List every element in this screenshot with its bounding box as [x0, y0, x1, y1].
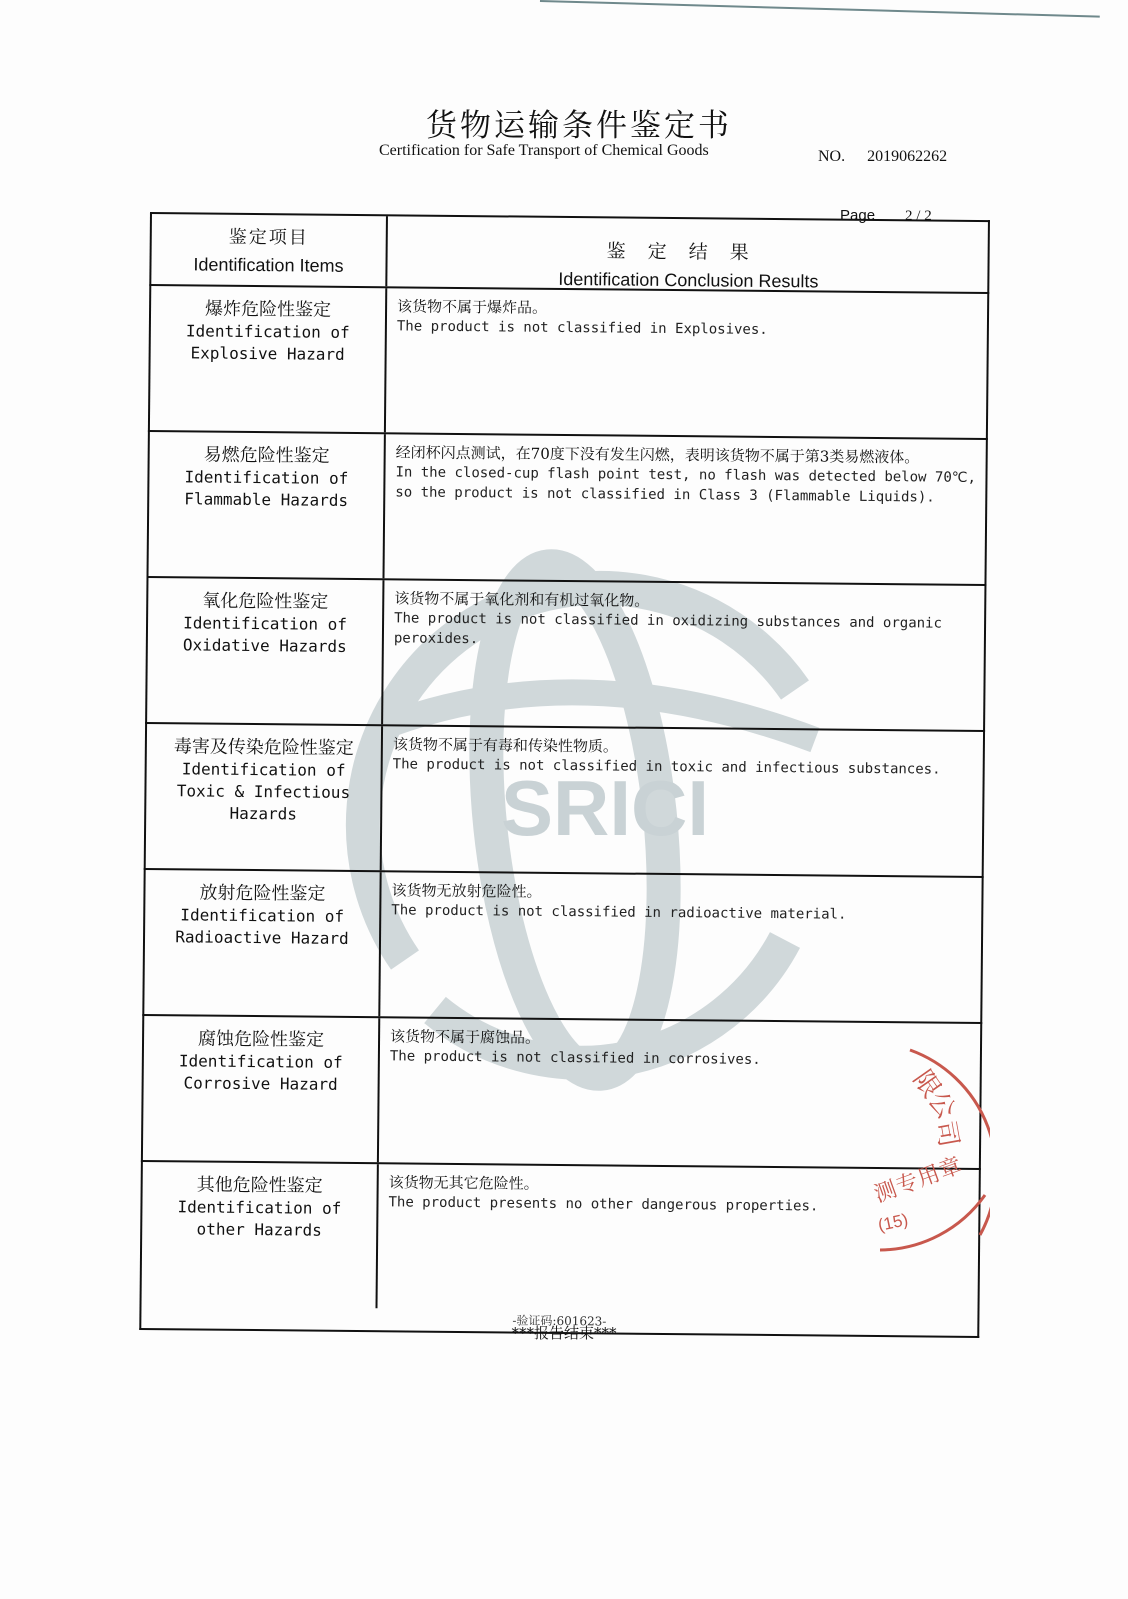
document-title-en: Certification for Safe Transport of Chem… — [379, 142, 709, 160]
item-name-en: Identification of Corrosive Hazard — [144, 1050, 378, 1096]
table-row: 爆炸危险性鉴定Identification of Explosive Hazar… — [148, 284, 989, 438]
result-en: The product is not classified in corrosi… — [390, 1046, 972, 1072]
certificate-number: NO.2019062262 — [818, 148, 947, 166]
header-results-cell: 鉴定结果 Identification Conclusion Results — [387, 216, 988, 292]
certificate-number-label: NO. — [818, 148, 845, 165]
result-en: The product presents no other dangerous … — [388, 1192, 970, 1218]
item-name-cn: 氧化危险性鉴定 — [148, 586, 382, 614]
result-en: The product is not classified in Explosi… — [397, 316, 979, 342]
header-items-en: Identification Items — [151, 254, 385, 277]
identification-table: 鉴定项目 Identification Items 鉴定结果 Identific… — [139, 212, 990, 1338]
item-name-cn: 毒害及传染危险性鉴定 — [147, 732, 381, 760]
table-row: 易燃危险性鉴定Identification of Flammable Hazar… — [147, 430, 988, 584]
result-en: In the closed-cup flash point test, no f… — [395, 462, 977, 508]
item-name-en: Identification of Explosive Hazard — [151, 320, 385, 366]
item-name-en: Identification of Oxidative Hazards — [148, 612, 382, 658]
table-row: 氧化危险性鉴定Identification of Oxidative Hazar… — [145, 576, 986, 730]
table-header-row: 鉴定项目 Identification Items 鉴定结果 Identific… — [149, 212, 990, 292]
table-row: 腐蚀危险性鉴定Identification of Corrosive Hazar… — [141, 1014, 982, 1168]
item-name-en: Identification of Toxic & Infectious Haz… — [146, 758, 381, 826]
scan-edge-line — [540, 0, 1100, 18]
table-row: 毒害及传染危险性鉴定Identification of Toxic & Infe… — [144, 722, 985, 876]
item-name-cn: 易燃危险性鉴定 — [150, 440, 384, 468]
item-name-en: Identification of Radioactive Hazard — [145, 904, 379, 950]
item-name-en: Identification of Flammable Hazards — [149, 466, 383, 512]
document-title-cn: 货物运输条件鉴定书 — [0, 100, 1128, 145]
table-row: 其他危险性鉴定Identification of other Hazards 该… — [139, 1160, 980, 1314]
item-name-cn: 爆炸危险性鉴定 — [151, 294, 385, 322]
header-results-cn: 鉴定结果 — [398, 234, 980, 267]
result-en: The product is not classified in radioac… — [391, 900, 973, 926]
report-end-mark: ***报告结束*** — [0, 1322, 1128, 1343]
header-items-cn: 鉴定项目 — [152, 222, 386, 250]
item-name-cn: 放射危险性鉴定 — [145, 878, 379, 906]
item-name-en: Identification of other Hazards — [142, 1196, 376, 1242]
item-name-cn: 腐蚀危险性鉴定 — [144, 1024, 378, 1052]
header-items-cell: 鉴定项目 Identification Items — [151, 214, 388, 286]
table-row: 放射危险性鉴定Identification of Radioactive Haz… — [142, 868, 983, 1022]
item-name-cn: 其他危险性鉴定 — [143, 1170, 377, 1198]
certificate-number-value: 2019062262 — [867, 148, 947, 165]
result-en: The product is not classified in toxic a… — [393, 754, 975, 780]
result-en: The product is not classified in oxidizi… — [394, 608, 976, 654]
